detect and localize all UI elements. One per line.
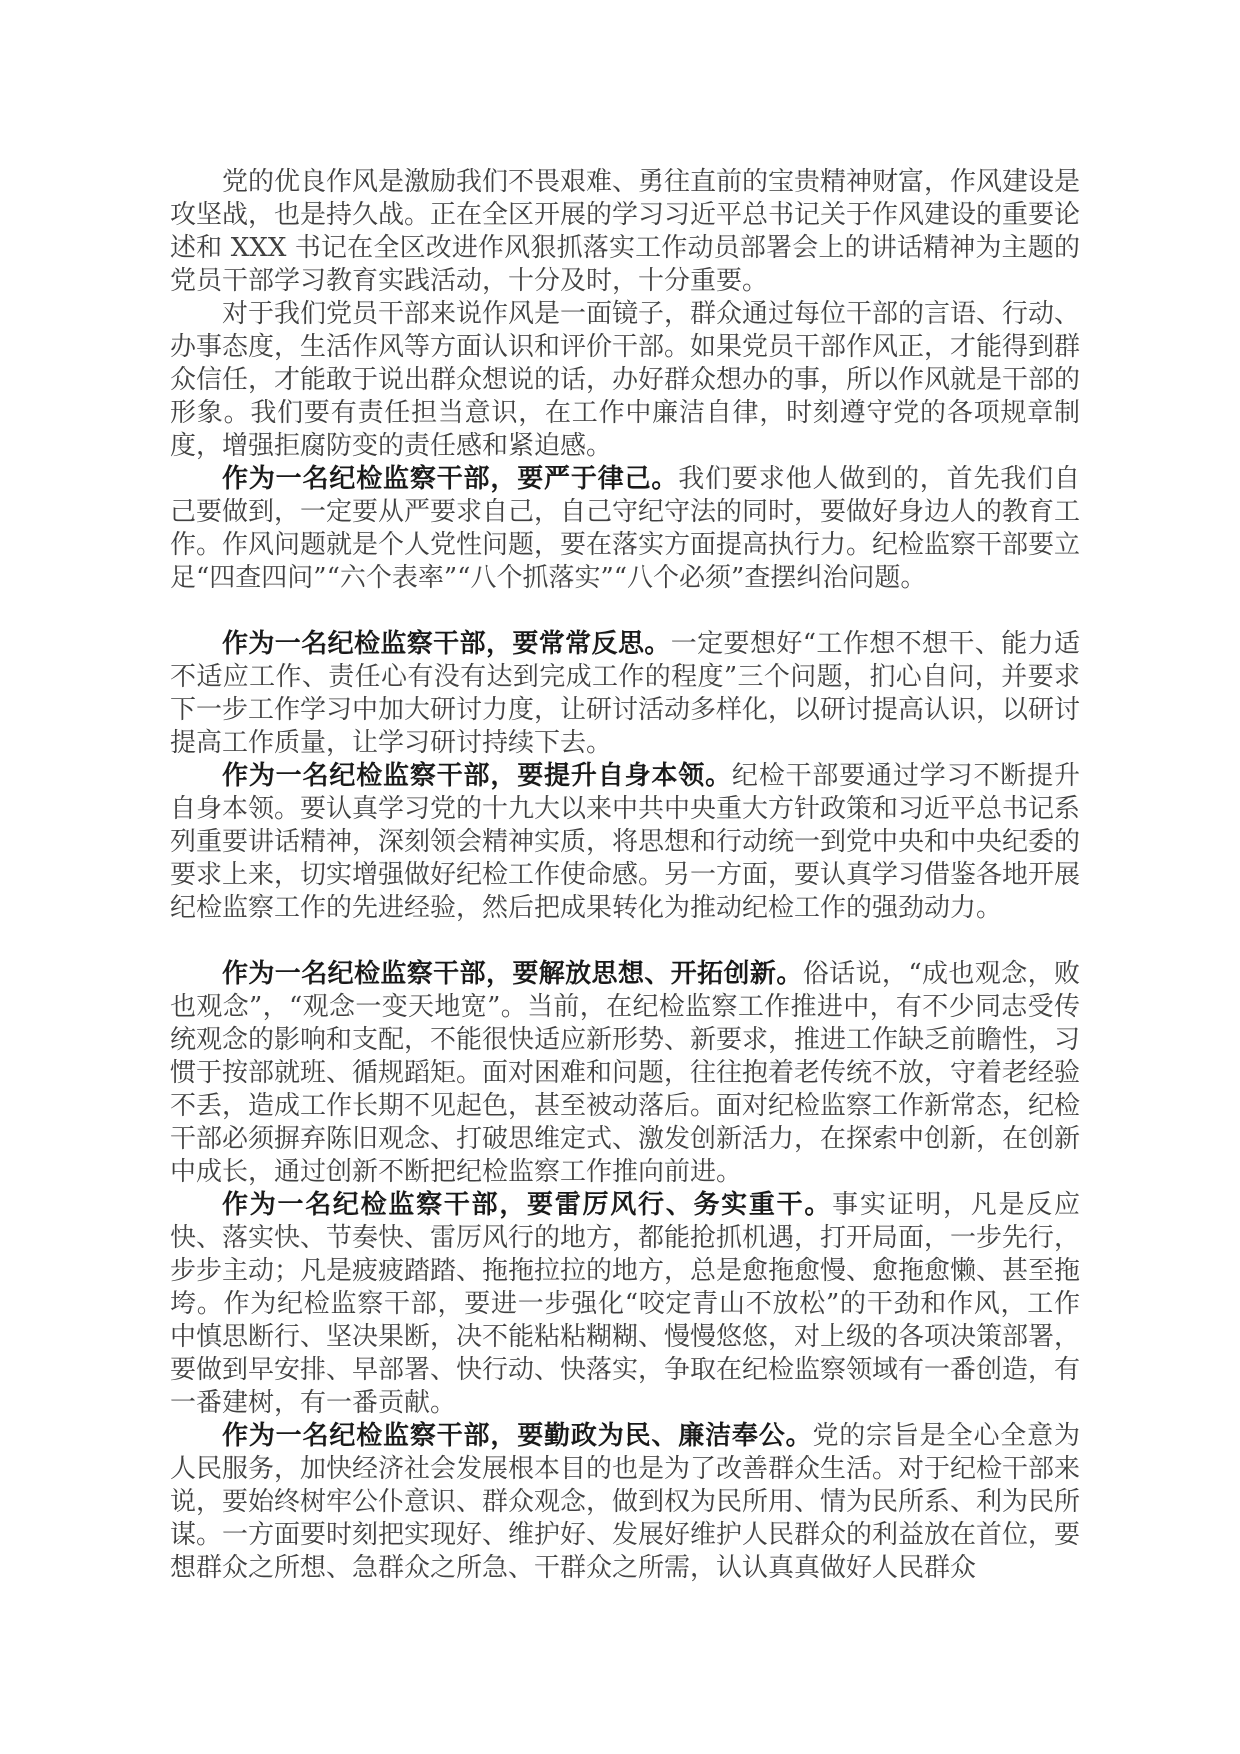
paragraph-text: 事实证明，凡是反应快、落实快、节奏快、雷厉风行的地方，都能抢抓机遇，打开局面，一… [170,1190,1080,1418]
paragraph: 作为一名纪检监察干部，要解放思想、开拓创新。俗话说，“成也观念，败也观念”，“观… [170,958,1080,1189]
paragraph: 作为一名纪检监察干部，要雷厉风行、务实重干。事实证明，凡是反应快、落实快、节奏快… [170,1189,1080,1420]
paragraph-text: 俗话说，“成也观念，败也观念”，“观念一变天地宽”。当前，在纪检监察工作推进中，… [170,959,1080,1187]
paragraph: 作为一名纪检监察干部，要勤政为民、廉洁奉公。党的宗旨是全心全意为人民服务，加快经… [170,1420,1080,1585]
paragraph: 作为一名纪检监察干部，要严于律己。我们要求他人做到的，首先我们自己要做到，一定要… [170,463,1080,595]
document-content: 党的优良作风是激励我们不畏艰难、勇往直前的宝贵精神财富，作风建设是攻坚战，也是持… [170,166,1080,1585]
paragraph-lead: 作为一名纪检监察干部，要提升自身本领。 [222,761,732,791]
document-page: 党的优良作风是激励我们不畏艰难、勇往直前的宝贵精神财富，作风建设是攻坚战，也是持… [0,0,1240,1754]
paragraph-lead: 作为一名纪检监察干部，要解放思想、开拓创新。 [222,959,803,989]
paragraph: 党的优良作风是激励我们不畏艰难、勇往直前的宝贵精神财富，作风建设是攻坚战，也是持… [170,166,1080,298]
paragraph-lead: 作为一名纪检监察干部，要严于律己。 [222,464,678,494]
paragraph-text: 对于我们党员干部来说作风是一面镜子，群众通过每位干部的言语、行动、办事态度，生活… [170,299,1080,461]
paragraph: 作为一名纪检监察干部，要提升自身本领。纪检干部要通过学习不断提升自身本领。要认真… [170,760,1080,925]
paragraph-text: 党的优良作风是激励我们不畏艰难、勇往直前的宝贵精神财富，作风建设是攻坚战，也是持… [170,167,1080,296]
paragraph-lead: 作为一名纪检监察干部，要雷厉风行、务实重干。 [222,1190,832,1220]
paragraph: 作为一名纪检监察干部，要常常反思。一定要想好“工作想不想干、能力适不适应工作、责… [170,628,1080,760]
paragraph-lead: 作为一名纪检监察干部，要常常反思。 [222,629,671,659]
paragraph: 对于我们党员干部来说作风是一面镜子，群众通过每位干部的言语、行动、办事态度，生活… [170,298,1080,463]
paragraph-lead: 作为一名纪检监察干部，要勤政为民、廉洁奉公。 [222,1421,812,1451]
